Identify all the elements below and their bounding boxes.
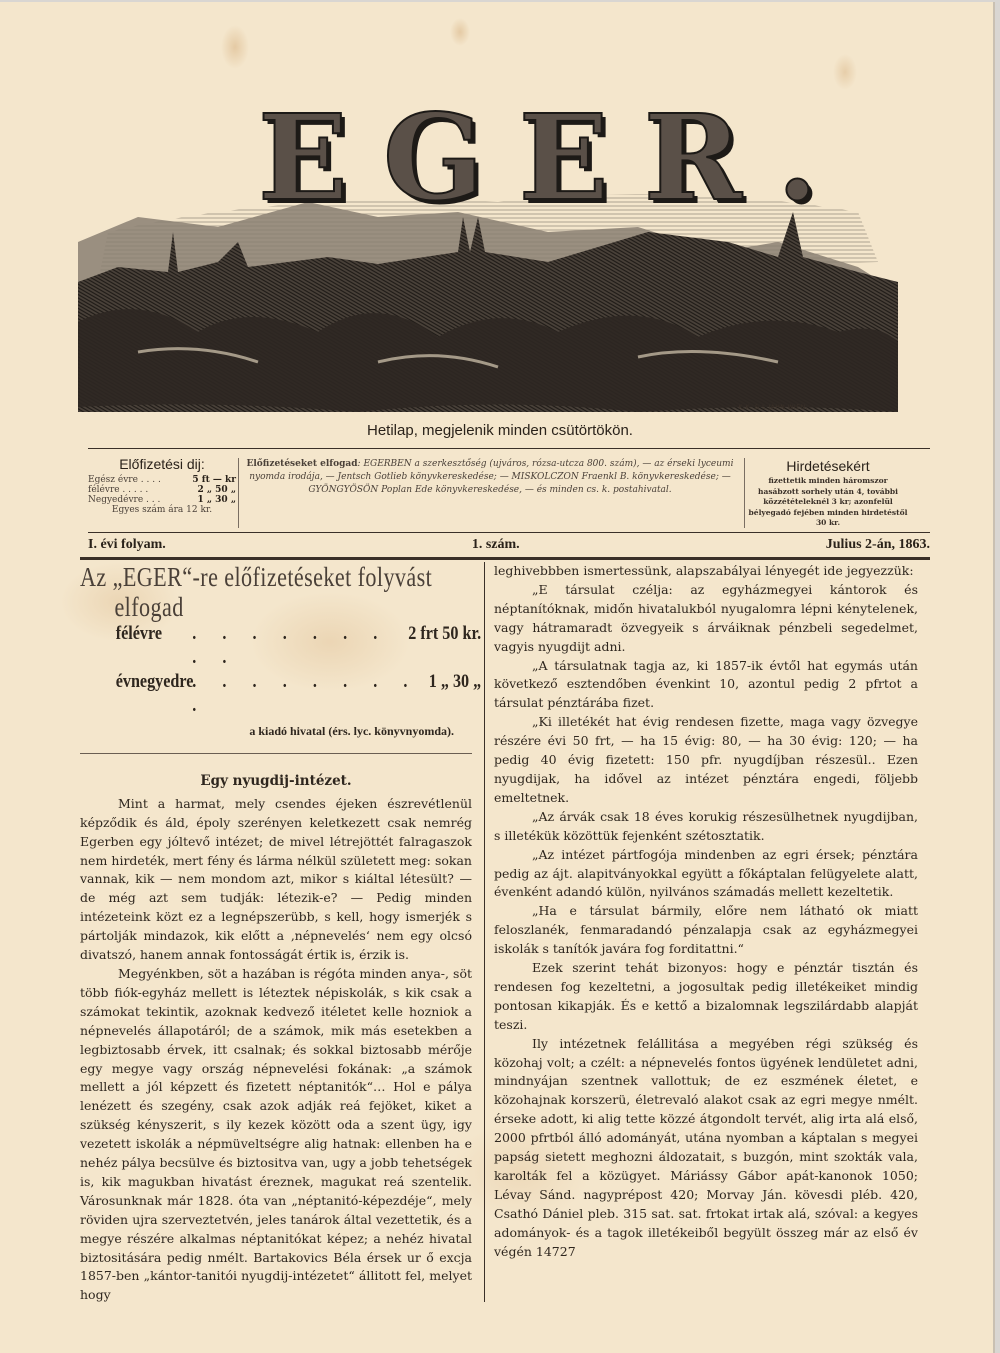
- single-issue-price: Egyes szám ára 12 kr.: [88, 505, 236, 515]
- divider: [744, 458, 745, 528]
- engraver-credit: K.K. & L.JAHN WIEN.: [739, 404, 809, 411]
- subscription-agents-box: Előfizetéseket elfogad: EGERBEN a szerke…: [240, 458, 740, 497]
- volume-label: I. évi folyam.: [88, 537, 166, 553]
- right-column: leghivebbben ismertessünk, alapszabályai…: [494, 562, 918, 1262]
- promo-note: a kiadó hivatal (érs. lyc. könyvnyomda).: [80, 722, 472, 741]
- issue-date: Julius 2-án, 1863.: [826, 537, 930, 553]
- masthead-subtitle: Hetilap, megjelenik minden csütörtökön.: [0, 422, 1000, 439]
- promo-price-label: félévre: [116, 622, 193, 670]
- ads-title: Hirdetésekért: [748, 458, 908, 474]
- issue-number: 1. szám.: [472, 537, 520, 553]
- promo-dots: . . . . . . . . .: [192, 670, 429, 718]
- ads-text: fizettetik minden háromszor hasábzott so…: [748, 476, 908, 529]
- title-letter-period: .: [777, 88, 818, 227]
- article-paragraph: „Az intézet pártfogója mindenben az egri…: [494, 846, 918, 903]
- article-title: Egy nyugdij-intézet.: [80, 772, 472, 791]
- subscription-row-label: Egész évre . . . .: [88, 475, 161, 485]
- article-paragraph: Ily intézetnek felállitása a megyében ré…: [494, 1035, 918, 1262]
- title-letter-e1: E: [258, 88, 348, 227]
- subscription-row-label: Negyedévre . . .: [88, 495, 160, 505]
- subscription-row: Egész évre . . . . 5 ft — kr: [88, 475, 236, 485]
- promo-line-2: elfogad: [80, 592, 474, 622]
- subscription-box: Előfizetési dij: Egész évre . . . . 5 ft…: [88, 456, 236, 515]
- divider: [238, 458, 239, 528]
- subscription-title: Előfizetési dij:: [88, 456, 236, 472]
- article-paragraph: Megyénkben, söt a hazában is régóta mind…: [80, 965, 472, 1305]
- issue-bar: I. évi folyam. 1. szám. Julius 2-án, 186…: [88, 537, 930, 553]
- newspaper-page: E G E R . K.K. & L.JAHN WIEN. Hetilap, m…: [0, 2, 993, 1353]
- article-paragraph: Ezek szerint tehát bizonyos: hogy e pénz…: [494, 959, 918, 1035]
- agents-lead: Előfizetéseket elfogad: [247, 459, 358, 469]
- top-rule: [88, 448, 930, 449]
- article-paragraph: „Ha e társulat bármily, előre nem láthat…: [494, 902, 918, 959]
- left-column: Az „EGER“-re előfizetéseket folyvást elf…: [80, 562, 472, 1305]
- article-paragraph: leghivebbben ismertessünk, alapszabályai…: [494, 562, 918, 581]
- info-bottom-rule: [88, 532, 930, 533]
- advertising-box: Hirdetésekért fizettetik minden háromszo…: [748, 458, 908, 529]
- subscription-row-value: 5 ft — kr: [192, 475, 236, 485]
- promo-price-row: félévre . . . . . . . . . 2 frt 50 kr.: [80, 622, 481, 670]
- title-letter-e2: E: [519, 88, 609, 227]
- article-paragraph: „Az árvák csak 18 éves korukig részesülh…: [494, 808, 918, 846]
- subscription-row-value: 1 „ 30 „: [197, 495, 236, 505]
- promo-price-row: évnegyedre . . . . . . . . . 1 „ 30 „: [80, 670, 481, 718]
- masthead: E G E R . K.K. & L.JAHN WIEN.: [78, 82, 898, 422]
- title-letter-g: G: [383, 88, 484, 227]
- promo-rule: [80, 753, 472, 754]
- promo-heading: Az „EGER“-re előfizetéseket folyvást elf…: [80, 562, 474, 622]
- article-paragraph: „E társulat czélja: az egyházmegyei kánt…: [494, 581, 918, 657]
- promo-line-1: Az „EGER“-re előfizetéseket folyvást: [80, 562, 474, 592]
- newspaper-title: E G E R .: [258, 92, 818, 222]
- article-paragraph: „Ki illetékét hat évig rendesen fizette,…: [494, 713, 918, 808]
- column-divider: [484, 562, 485, 1302]
- issue-bar-rule: [80, 557, 930, 560]
- subscription-row-label: félévre . . . . .: [88, 485, 148, 495]
- subscription-row-value: 2 „ 50 „: [197, 485, 236, 495]
- promo-price-value: 2 frt 50 kr.: [408, 622, 481, 670]
- article-paragraph: Mint a harmat, mely csendes éjeken észre…: [80, 795, 472, 965]
- title-letter-r: R: [644, 88, 742, 227]
- promo-price-label: évnegyedre: [116, 670, 193, 718]
- promo-price-value: 1 „ 30 „: [429, 670, 481, 718]
- article-paragraph: „A társulatnak tagja az, ki 1857-ik évtő…: [494, 657, 918, 714]
- subscription-row: Negyedévre . . . 1 „ 30 „: [88, 495, 236, 505]
- subscription-row: félévre . . . . . 2 „ 50 „: [88, 485, 236, 495]
- promo-dots: . . . . . . . . .: [192, 622, 408, 670]
